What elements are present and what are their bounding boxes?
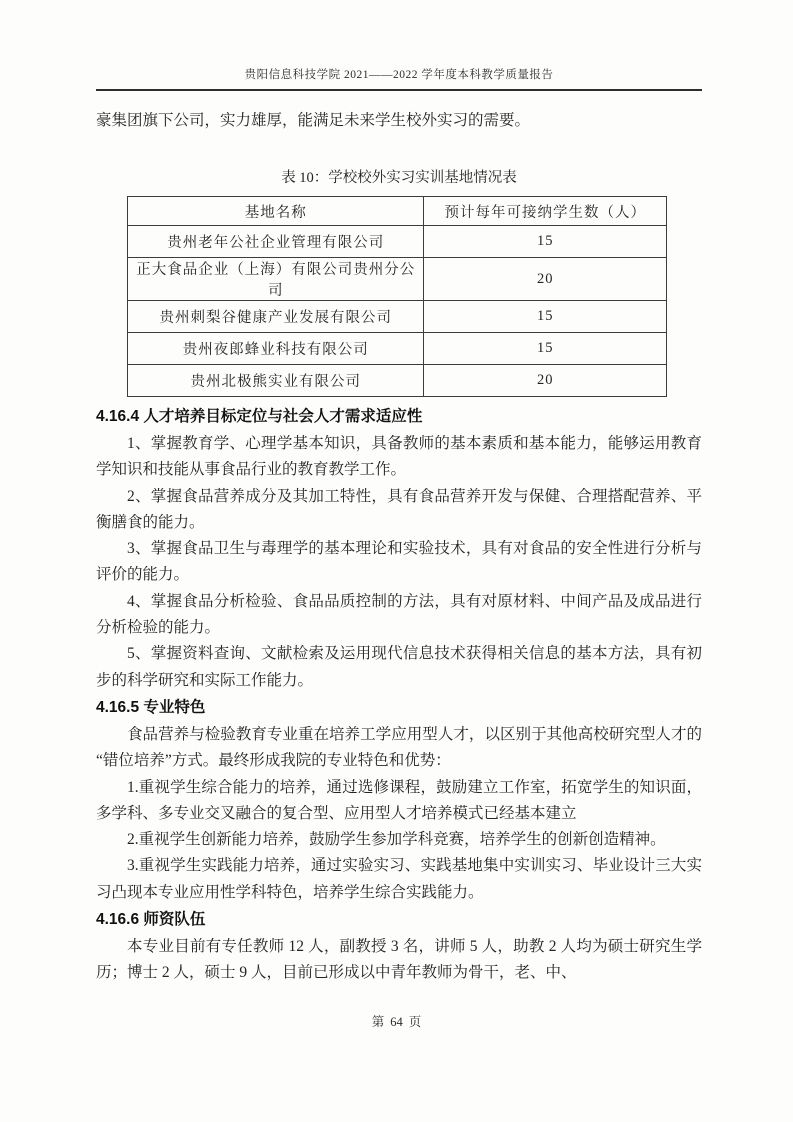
paragraph: 1.重视学生综合能力的培养，通过选修课程，鼓励建立工作室，拓宽学生的知识面，多学…	[96, 775, 702, 828]
table-row: 贵州老年公社企业管理有限公司 15	[128, 226, 667, 258]
cell-capacity: 15	[424, 301, 667, 333]
page-number: 64	[390, 1015, 403, 1029]
cell-base-name: 贵州刺梨谷健康产业发展有限公司	[128, 301, 424, 333]
training-base-table: 基地名称 预计每年可接纳学生数（人） 贵州老年公社企业管理有限公司 15 正大食…	[127, 196, 667, 397]
table-row: 正大食品企业（上海）有限公司贵州分公司 20	[128, 258, 667, 301]
paragraph: 3、掌握食品卫生与毒理学的基本理论和实验技术，具有对食品的安全性进行分析与评价的…	[96, 536, 702, 589]
running-header-title: 贵阳信息科技学院 2021——2022 学年度本科教学质量报告	[245, 69, 554, 81]
section-talent-goal: 4.16.4 人才培养目标定位与社会人才需求适应性 1、掌握教育学、心理学基本知…	[96, 405, 702, 694]
footer-suffix: 页	[409, 1015, 422, 1029]
document-page: 贵阳信息科技学院 2021——2022 学年度本科教学质量报告 豪集团旗下公司，…	[0, 0, 793, 1122]
paragraph: 3.重视学生实践能力培养，通过实验实习、实践基地集中实训实习、毕业设计三大实习凸…	[96, 853, 702, 906]
table-header-row: 基地名称 预计每年可接纳学生数（人）	[128, 197, 667, 226]
cell-base-name: 贵州北极熊实业有限公司	[128, 365, 424, 397]
table-row: 贵州刺梨谷健康产业发展有限公司 15	[128, 301, 667, 333]
section-heading-specialty-features: 4.16.5 专业特色	[96, 696, 702, 720]
cell-base-name: 正大食品企业（上海）有限公司贵州分公司	[128, 258, 424, 301]
page-content: 豪集团旗下公司，实力雄厚，能满足未来学生校外实习的需要。 表 10：学校校外实习…	[96, 108, 702, 987]
section-heading-talent-goal: 4.16.4 人才培养目标定位与社会人才需求适应性	[96, 405, 702, 429]
paragraph: 4、掌握食品分析检验、食品品质控制的方法，具有对原材料、中间产品及成品进行分析检…	[96, 589, 702, 642]
paragraph: 5、掌握资料查询、文献检索及运用现代信息技术获得相关信息的基本方法，具有初步的科…	[96, 641, 702, 694]
section-faculty: 4.16.6 师资队伍 本专业目前有专任教师 12 人，副教授 3 名，讲师 5…	[96, 908, 702, 987]
table-caption: 表 10：学校校外实习实训基地情况表	[96, 168, 702, 188]
footer-prefix: 第	[372, 1015, 385, 1029]
paragraph: 本专业目前有专任教师 12 人，副教授 3 名，讲师 5 人，助教 2 人均为硕…	[96, 934, 702, 987]
intro-paragraph: 豪集团旗下公司，实力雄厚，能满足未来学生校外实习的需要。	[96, 108, 702, 134]
paragraph: 食品营养与检验教育专业重在培养工学应用型人才，以区别于其他高校研究型人才的“错位…	[96, 722, 702, 775]
table-row: 贵州北极熊实业有限公司 20	[128, 365, 667, 397]
header-cell-student-capacity: 预计每年可接纳学生数（人）	[424, 197, 667, 226]
cell-capacity: 20	[424, 258, 667, 301]
cell-capacity: 20	[424, 365, 667, 397]
page-footer: 第64页	[0, 1012, 793, 1030]
cell-base-name: 贵州夜郎蜂业科技有限公司	[128, 333, 424, 365]
paragraph: 2、掌握食品营养成分及其加工特性，具有食品营养开发与保健、合理搭配营养、平衡膳食…	[96, 484, 702, 537]
running-header: 贵阳信息科技学院 2021——2022 学年度本科教学质量报告	[96, 66, 702, 91]
section-heading-faculty: 4.16.6 师资队伍	[96, 908, 702, 932]
paragraph: 1、掌握教育学、心理学基本知识，具备教师的基本素质和基本能力，能够运用教育学知识…	[96, 431, 702, 484]
cell-capacity: 15	[424, 333, 667, 365]
cell-capacity: 15	[424, 226, 667, 258]
header-cell-base-name: 基地名称	[128, 197, 424, 226]
section-specialty-features: 4.16.5 专业特色 食品营养与检验教育专业重在培养工学应用型人才，以区别于其…	[96, 696, 702, 906]
paragraph: 2.重视学生创新能力培养，鼓励学生参加学科竞赛，培养学生的创新创造精神。	[96, 827, 702, 853]
cell-base-name: 贵州老年公社企业管理有限公司	[128, 226, 424, 258]
table-row: 贵州夜郎蜂业科技有限公司 15	[128, 333, 667, 365]
